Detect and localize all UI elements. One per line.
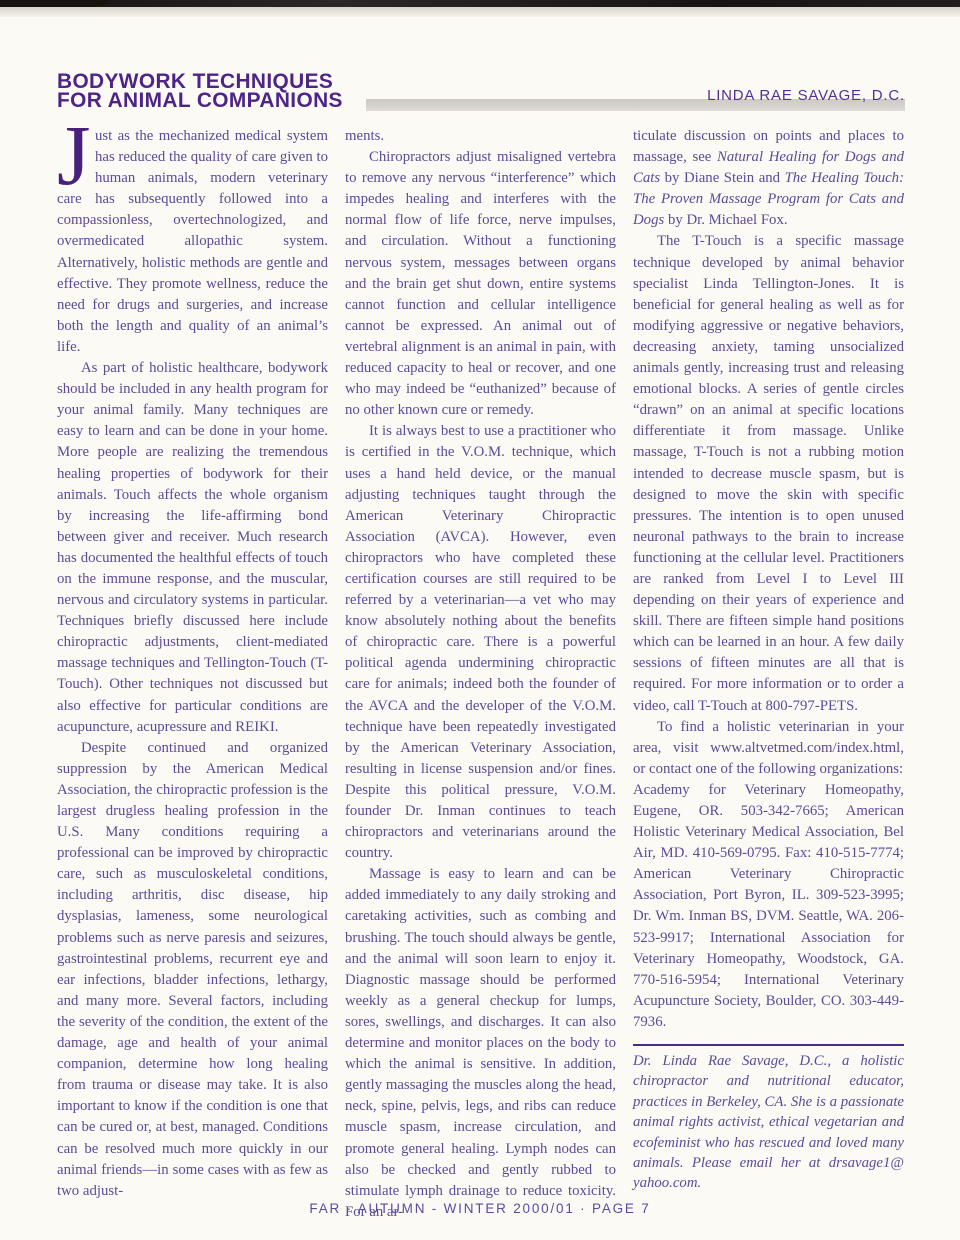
- article-column-1: Just as the mechanized medical system ha…: [57, 126, 328, 1223]
- organizations-list: Academy for Veterinary Homeopathy, Eugen…: [633, 780, 904, 1033]
- article-paragraph: To find a holistic veterinarian in your …: [633, 717, 904, 780]
- article-paragraph: ticulate discussion on points and places…: [633, 126, 904, 231]
- page-footer: FAR · AUTUMN - WINTER 2000/01 · PAGE 7: [0, 1201, 960, 1216]
- article-paragraph: It is always best to use a practitioner …: [345, 421, 616, 864]
- article-title-line2: FOR ANIMAL COMPANIONS: [57, 91, 343, 110]
- scan-edge-artifact: [0, 0, 960, 7]
- article-column-3: ticulate discussion on points and places…: [633, 126, 904, 1223]
- article-paragraph: The T-Touch is a specific massage techni…: [633, 231, 904, 716]
- author-bio: Dr. Linda Rae Savage, D.C., a holistic c…: [633, 1051, 904, 1194]
- dropcap-letter: J: [57, 126, 95, 188]
- author-byline: LINDA RAE SAVAGE, D.C.: [707, 87, 905, 104]
- article-column-2: ments. Chiropractors adjust misaligned v…: [345, 126, 616, 1223]
- scan-edge-shadow: [0, 7, 960, 17]
- article-paragraph: Despite continued and organized suppress…: [57, 738, 328, 1202]
- article-paragraph: ments.: [345, 126, 616, 147]
- article-paragraph: As part of holistic healthcare, bodywork…: [57, 358, 328, 738]
- article-paragraph: Chiropractors adjust misaligned vertebra…: [345, 147, 616, 421]
- article-paragraph: Massage is easy to learn and can be adde…: [345, 864, 616, 1223]
- article-body: Just as the mechanized medical system ha…: [57, 126, 906, 1223]
- paragraph-text: ust as the mechanized medical system has…: [57, 128, 328, 355]
- article-paragraph: Just as the mechanized medical system ha…: [57, 126, 328, 358]
- bio-divider-rule: [633, 1044, 904, 1046]
- scanned-article-page: BODYWORK TECHNIQUES FOR ANIMAL COMPANION…: [0, 0, 960, 1240]
- article-title: BODYWORK TECHNIQUES FOR ANIMAL COMPANION…: [57, 72, 343, 109]
